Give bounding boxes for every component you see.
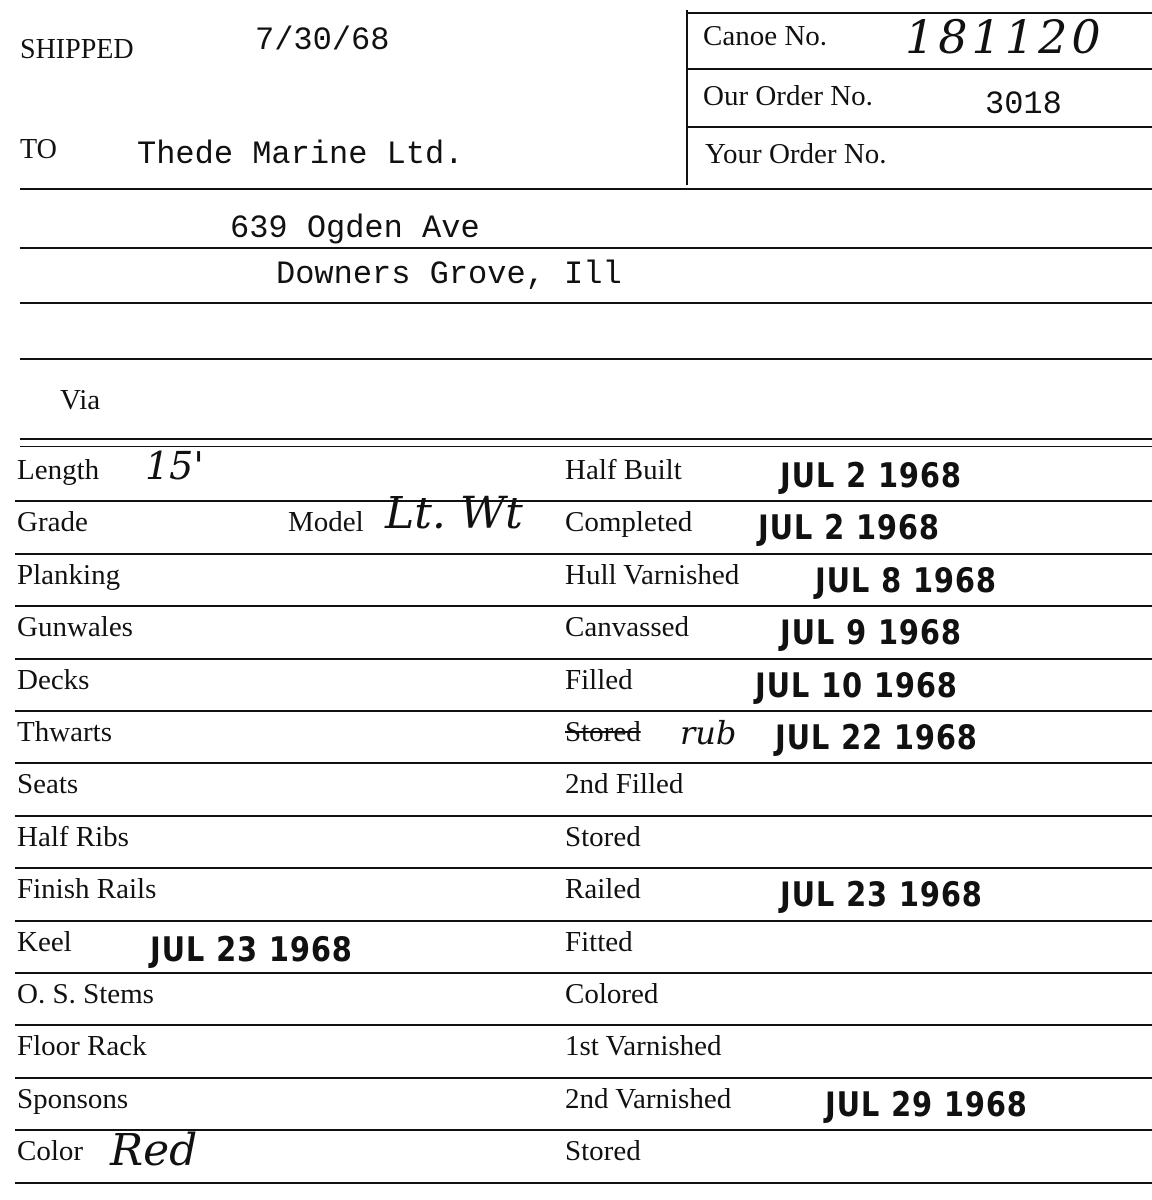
right-row-label: Canvassed bbox=[565, 611, 689, 644]
address-line-3-rule bbox=[20, 358, 1152, 360]
our-order-value: 3018 bbox=[985, 86, 1062, 123]
shipped-date: 7/30/68 bbox=[255, 22, 389, 59]
our-order-label: Our Order No. bbox=[703, 80, 873, 113]
left-row-value: JUL 23 1968 bbox=[150, 930, 353, 970]
right-row-label: Stored bbox=[565, 716, 641, 749]
address-line-2: Downers Grove, Ill bbox=[276, 256, 622, 293]
our-order-line bbox=[686, 126, 1152, 128]
right-row-label: Stored bbox=[565, 821, 641, 854]
order-box-divider bbox=[686, 10, 688, 185]
right-row-label: Colored bbox=[565, 978, 658, 1011]
right-row-label: Railed bbox=[565, 873, 641, 906]
left-row-label: Floor Rack bbox=[17, 1030, 147, 1063]
left-row-label: Decks bbox=[17, 664, 89, 697]
row-rule bbox=[15, 1182, 1152, 1184]
row-rule bbox=[15, 710, 1152, 712]
left-row-label: Color bbox=[17, 1135, 83, 1168]
right-row-stamp-date: JUL 9 1968 bbox=[780, 613, 962, 653]
row-rule bbox=[15, 605, 1152, 607]
right-row-stamp-date: JUL 10 1968 bbox=[755, 666, 958, 706]
row-rule bbox=[15, 920, 1152, 922]
row-rule bbox=[15, 762, 1152, 764]
to-name: Thede Marine Ltd. bbox=[137, 136, 463, 173]
left-row-label: Half Ribs bbox=[17, 821, 129, 854]
model-label: Model bbox=[288, 506, 364, 539]
canoe-no-label: Canoe No. bbox=[703, 20, 827, 53]
row-rule bbox=[15, 553, 1152, 555]
right-row-label: Hull Varnished bbox=[565, 559, 739, 592]
canoe-no-value: 181120 bbox=[905, 10, 1105, 64]
your-order-label: Your Order No. bbox=[705, 138, 887, 171]
row-rule bbox=[15, 658, 1152, 660]
left-row-label: Grade bbox=[17, 506, 88, 539]
left-row-label: Length bbox=[17, 454, 99, 487]
to-label: TO bbox=[20, 134, 57, 166]
right-row-label: 1st Varnished bbox=[565, 1030, 722, 1063]
right-row-stamp-date: JUL 8 1968 bbox=[815, 561, 997, 601]
right-row-stamp-date: JUL 22 1968 bbox=[775, 718, 978, 758]
address-line-2-rule bbox=[20, 302, 1152, 304]
right-row-label: 2nd Filled bbox=[565, 768, 683, 801]
right-row-stamp-date: JUL 2 1968 bbox=[758, 508, 940, 548]
via-rule bbox=[20, 438, 1152, 440]
right-row-label: Completed bbox=[565, 506, 692, 539]
right-row-label: Stored bbox=[565, 1135, 641, 1168]
right-row-annotation: rub bbox=[680, 714, 736, 752]
to-line bbox=[20, 188, 1152, 190]
right-row-label: Fitted bbox=[565, 926, 633, 959]
left-row-label: Keel bbox=[17, 926, 72, 959]
left-row-label: Seats bbox=[17, 768, 78, 801]
right-row-stamp-date: JUL 2 1968 bbox=[780, 456, 962, 496]
right-row-stamp-date: JUL 29 1968 bbox=[825, 1085, 1028, 1125]
row-rule bbox=[15, 1024, 1152, 1026]
left-row-label: O. S. Stems bbox=[17, 978, 154, 1011]
shipped-label: SHIPPED bbox=[20, 34, 134, 66]
address-line-1: 639 Ogden Ave bbox=[230, 210, 480, 247]
model-value: Lt. Wt bbox=[385, 488, 523, 539]
right-row-label: 2nd Varnished bbox=[565, 1083, 731, 1116]
right-row-label: Half Built bbox=[565, 454, 682, 487]
left-row-label: Planking bbox=[17, 559, 120, 592]
left-row-label: Finish Rails bbox=[17, 873, 156, 906]
row-rule bbox=[15, 500, 1152, 502]
right-row-stamp-date: JUL 23 1968 bbox=[780, 875, 983, 915]
left-row-label: Gunwales bbox=[17, 611, 133, 644]
left-row-label: Sponsons bbox=[17, 1083, 128, 1116]
canoe-no-line bbox=[686, 68, 1152, 70]
address-line-1-rule bbox=[20, 247, 1152, 249]
row-rule bbox=[15, 815, 1152, 817]
right-row-label: Filled bbox=[565, 664, 633, 697]
left-row-label: Thwarts bbox=[17, 716, 112, 749]
row-rule bbox=[15, 1077, 1152, 1079]
left-row-value: Red bbox=[110, 1125, 197, 1176]
row-rule bbox=[15, 867, 1152, 869]
via-label: Via bbox=[60, 384, 100, 417]
row-rule bbox=[15, 972, 1152, 974]
left-row-value: 15' bbox=[145, 444, 204, 488]
